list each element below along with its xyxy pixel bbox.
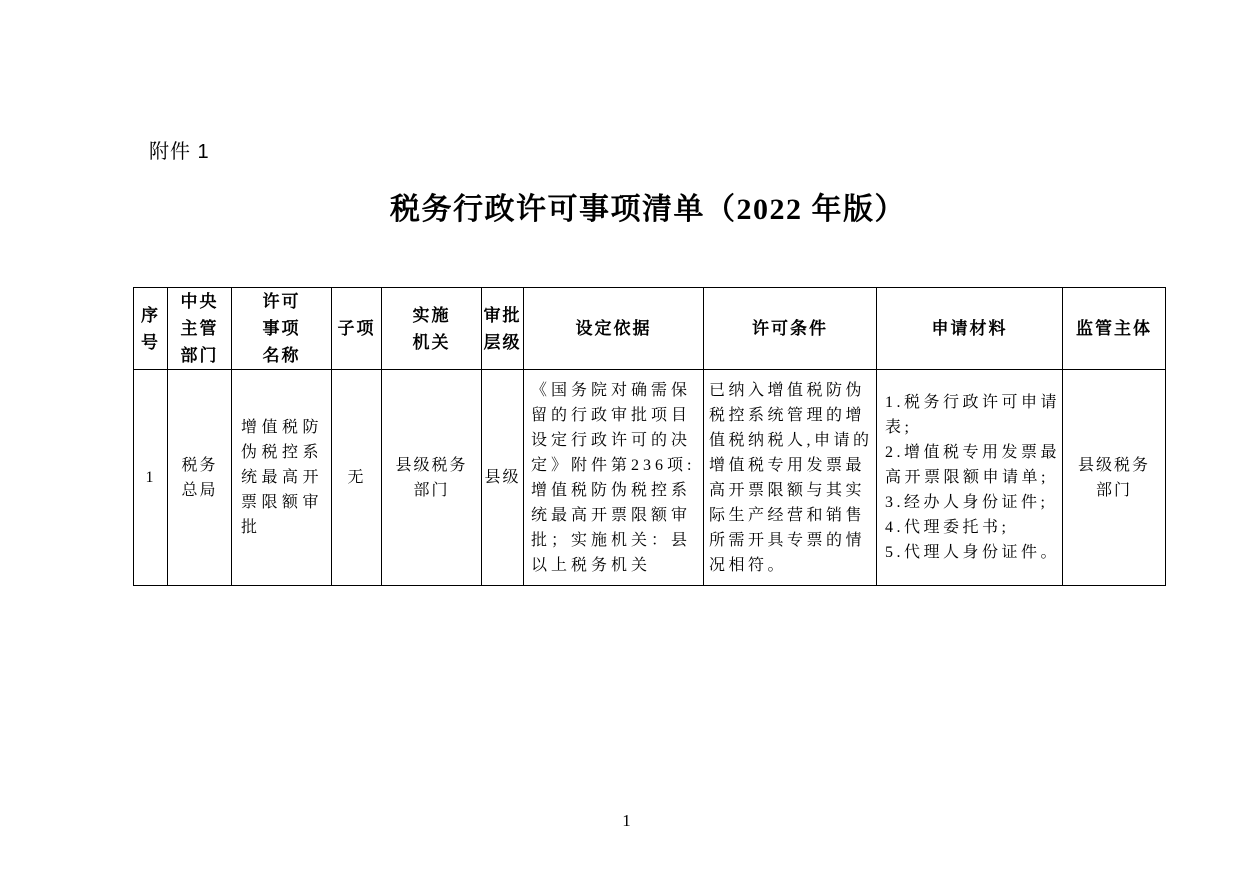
licensing-table: 序 号 中央 主管 部门 许可 事项 名称 子项 实施 机关 审批 层级 设定依… (133, 287, 1166, 586)
cell-item-name: 增值税防 伪税控系 统最高开 票限额审 批 (232, 370, 332, 586)
header-item-name: 许可 事项 名称 (232, 288, 332, 370)
header-serial-number: 序 号 (134, 288, 168, 370)
cell-approval-level: 县级 (482, 370, 524, 586)
header-implementing-agency: 实施 机关 (382, 288, 482, 370)
page-number: 1 (0, 811, 1253, 831)
cell-serial-number: 1 (134, 370, 168, 586)
header-license-conditions: 许可条件 (704, 288, 877, 370)
cell-central-department: 税务 总局 (168, 370, 232, 586)
header-sub-item: 子项 (332, 288, 382, 370)
cell-supervision-subject: 县级税务 部门 (1063, 370, 1166, 586)
cell-implementing-agency: 县级税务 部门 (382, 370, 482, 586)
cell-application-materials: 1.税务行政许可申请 表; 2.增值税专用发票最 高开票限额申请单; 3.经办人… (877, 370, 1063, 586)
header-legal-basis: 设定依据 (524, 288, 704, 370)
table-row: 1 税务 总局 增值税防 伪税控系 统最高开 票限额审 批 无 县级税务 部门 … (134, 370, 1166, 586)
header-approval-level: 审批 层级 (482, 288, 524, 370)
header-application-materials: 申请材料 (877, 288, 1063, 370)
cell-legal-basis: 《国务院对确需保 留的行政审批项目 设定行政许可的决 定》附件第236项: 增值… (524, 370, 704, 586)
table-header-row: 序 号 中央 主管 部门 许可 事项 名称 子项 实施 机关 审批 层级 设定依… (134, 288, 1166, 370)
document-title: 税务行政许可事项清单（2022 年版） (133, 184, 1163, 228)
header-central-department: 中央 主管 部门 (168, 288, 232, 370)
cell-sub-item: 无 (332, 370, 382, 586)
header-supervision-subject: 监管主体 (1063, 288, 1166, 370)
document-page: 附件 1 税务行政许可事项清单（2022 年版） 序 号 中央 主管 部门 许可… (0, 0, 1253, 879)
attachment-label: 附件 1 (149, 135, 210, 164)
cell-license-conditions: 已纳入增值税防伪 税控系统管理的增 值税纳税人,申请的 增值税专用发票最 高开票… (704, 370, 877, 586)
